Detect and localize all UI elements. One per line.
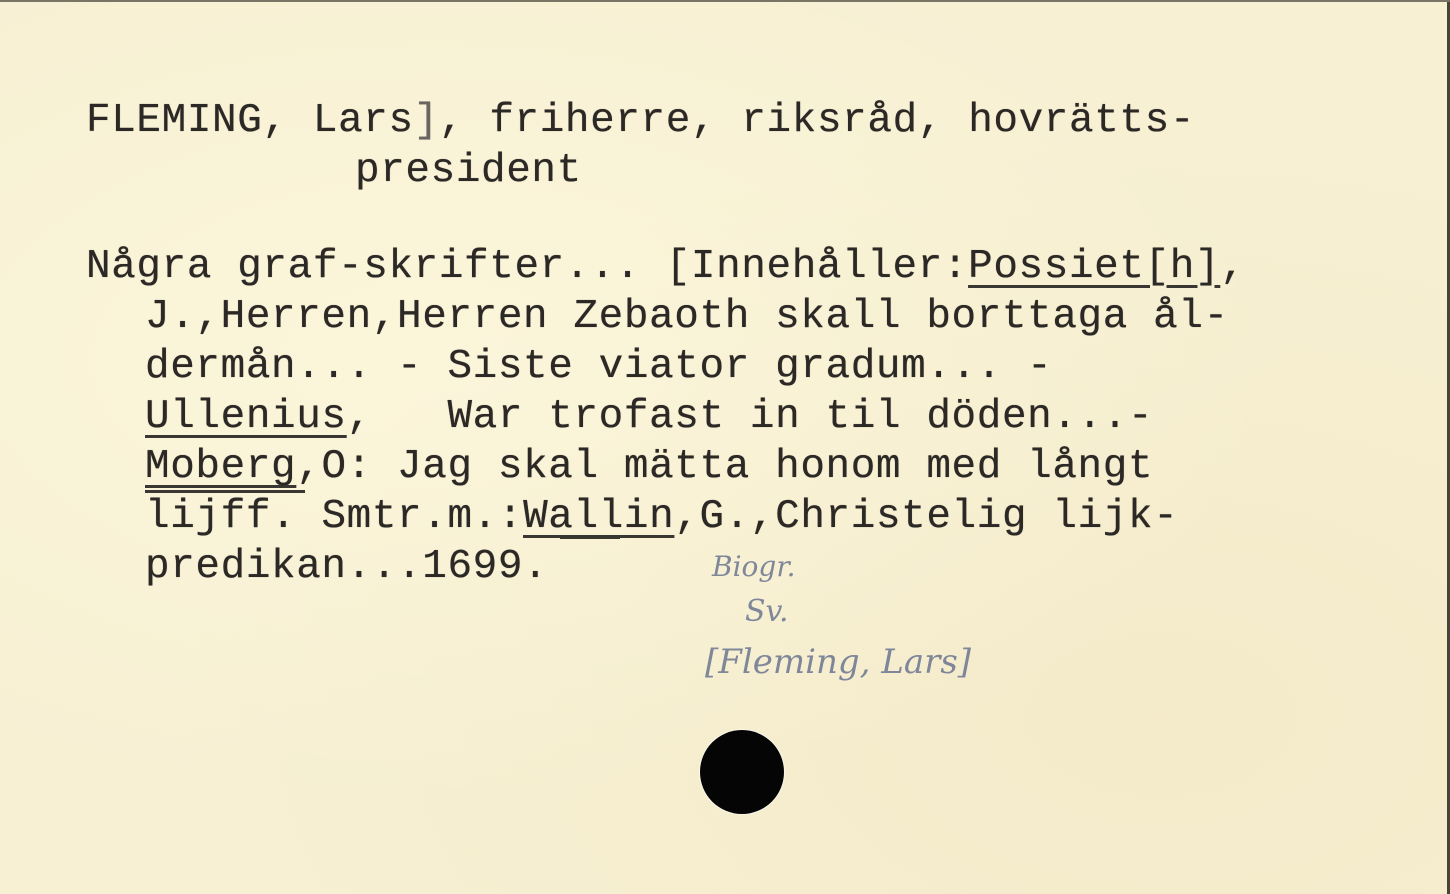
heading-titles: , friherre, riksråd, hovrätts- xyxy=(439,98,1195,144)
entry-text: ,O: Jag skal mätta honom med långt xyxy=(296,444,1153,490)
entry-text: ,G.,Christelig lijk- xyxy=(674,494,1178,540)
entry-title: Några graf-skrifter... [Innehåller: xyxy=(86,244,968,290)
author-ullenius: Ullenius xyxy=(145,394,347,440)
handwritten-note-sv: Sv. xyxy=(745,594,788,629)
entry-line-3: dermån... - Siste viator gradum... - xyxy=(145,342,1052,392)
entry-line-7: predikan...1699. xyxy=(145,542,548,592)
heading-line-1: FLEMING, Lars], friherre, riksråd, hovrä… xyxy=(86,96,1195,146)
entry-line-4: Ullenius, War trofast in til döden...- xyxy=(145,392,1153,442)
catalog-card: FLEMING, Lars], friherre, riksråd, hovrä… xyxy=(0,0,1450,894)
entry-imprint-year: predikan...1699. xyxy=(145,544,548,590)
author-possieth: Possiet[h] xyxy=(968,244,1220,290)
underline-rule xyxy=(560,536,620,539)
entry-line-5: Moberg,O: Jag skal mätta honom med långt xyxy=(145,442,1153,492)
punch-hole xyxy=(700,730,784,814)
handwritten-note-heading: [Fleming, Lars] xyxy=(705,642,971,682)
entry-text: J.,Herren,Herren Zebaoth skall borttaga … xyxy=(145,294,1229,340)
entry-text: , War trofast in til döden...- xyxy=(347,394,1154,440)
entry-line-1: Några graf-skrifter... [Innehåller:Possi… xyxy=(86,242,1245,292)
handwritten-note-biogr: Biogr. xyxy=(712,550,796,583)
underline-rule xyxy=(145,490,305,493)
entry-text: dermån... - Siste viator gradum... - xyxy=(145,344,1052,390)
heading-forename: Lars xyxy=(313,98,414,144)
entry-line-6: lijff. Smtr.m.:Wallin,G.,Christelig lijk… xyxy=(145,492,1178,542)
heading-surname: FLEMING, xyxy=(86,98,288,144)
punctuation: , xyxy=(1220,244,1245,290)
heading-bracket: ] xyxy=(414,98,439,144)
entry-text: Smtr.m.: xyxy=(296,494,523,540)
entry-line-2: J.,Herren,Herren Zebaoth skall borttaga … xyxy=(145,292,1229,342)
heading-continuation: president xyxy=(355,148,582,194)
heading-line-2: president xyxy=(355,146,582,196)
author-moberg: Moberg xyxy=(145,444,296,490)
entry-text: lijff. xyxy=(145,494,296,540)
author-wallin: Wallin xyxy=(523,494,674,540)
